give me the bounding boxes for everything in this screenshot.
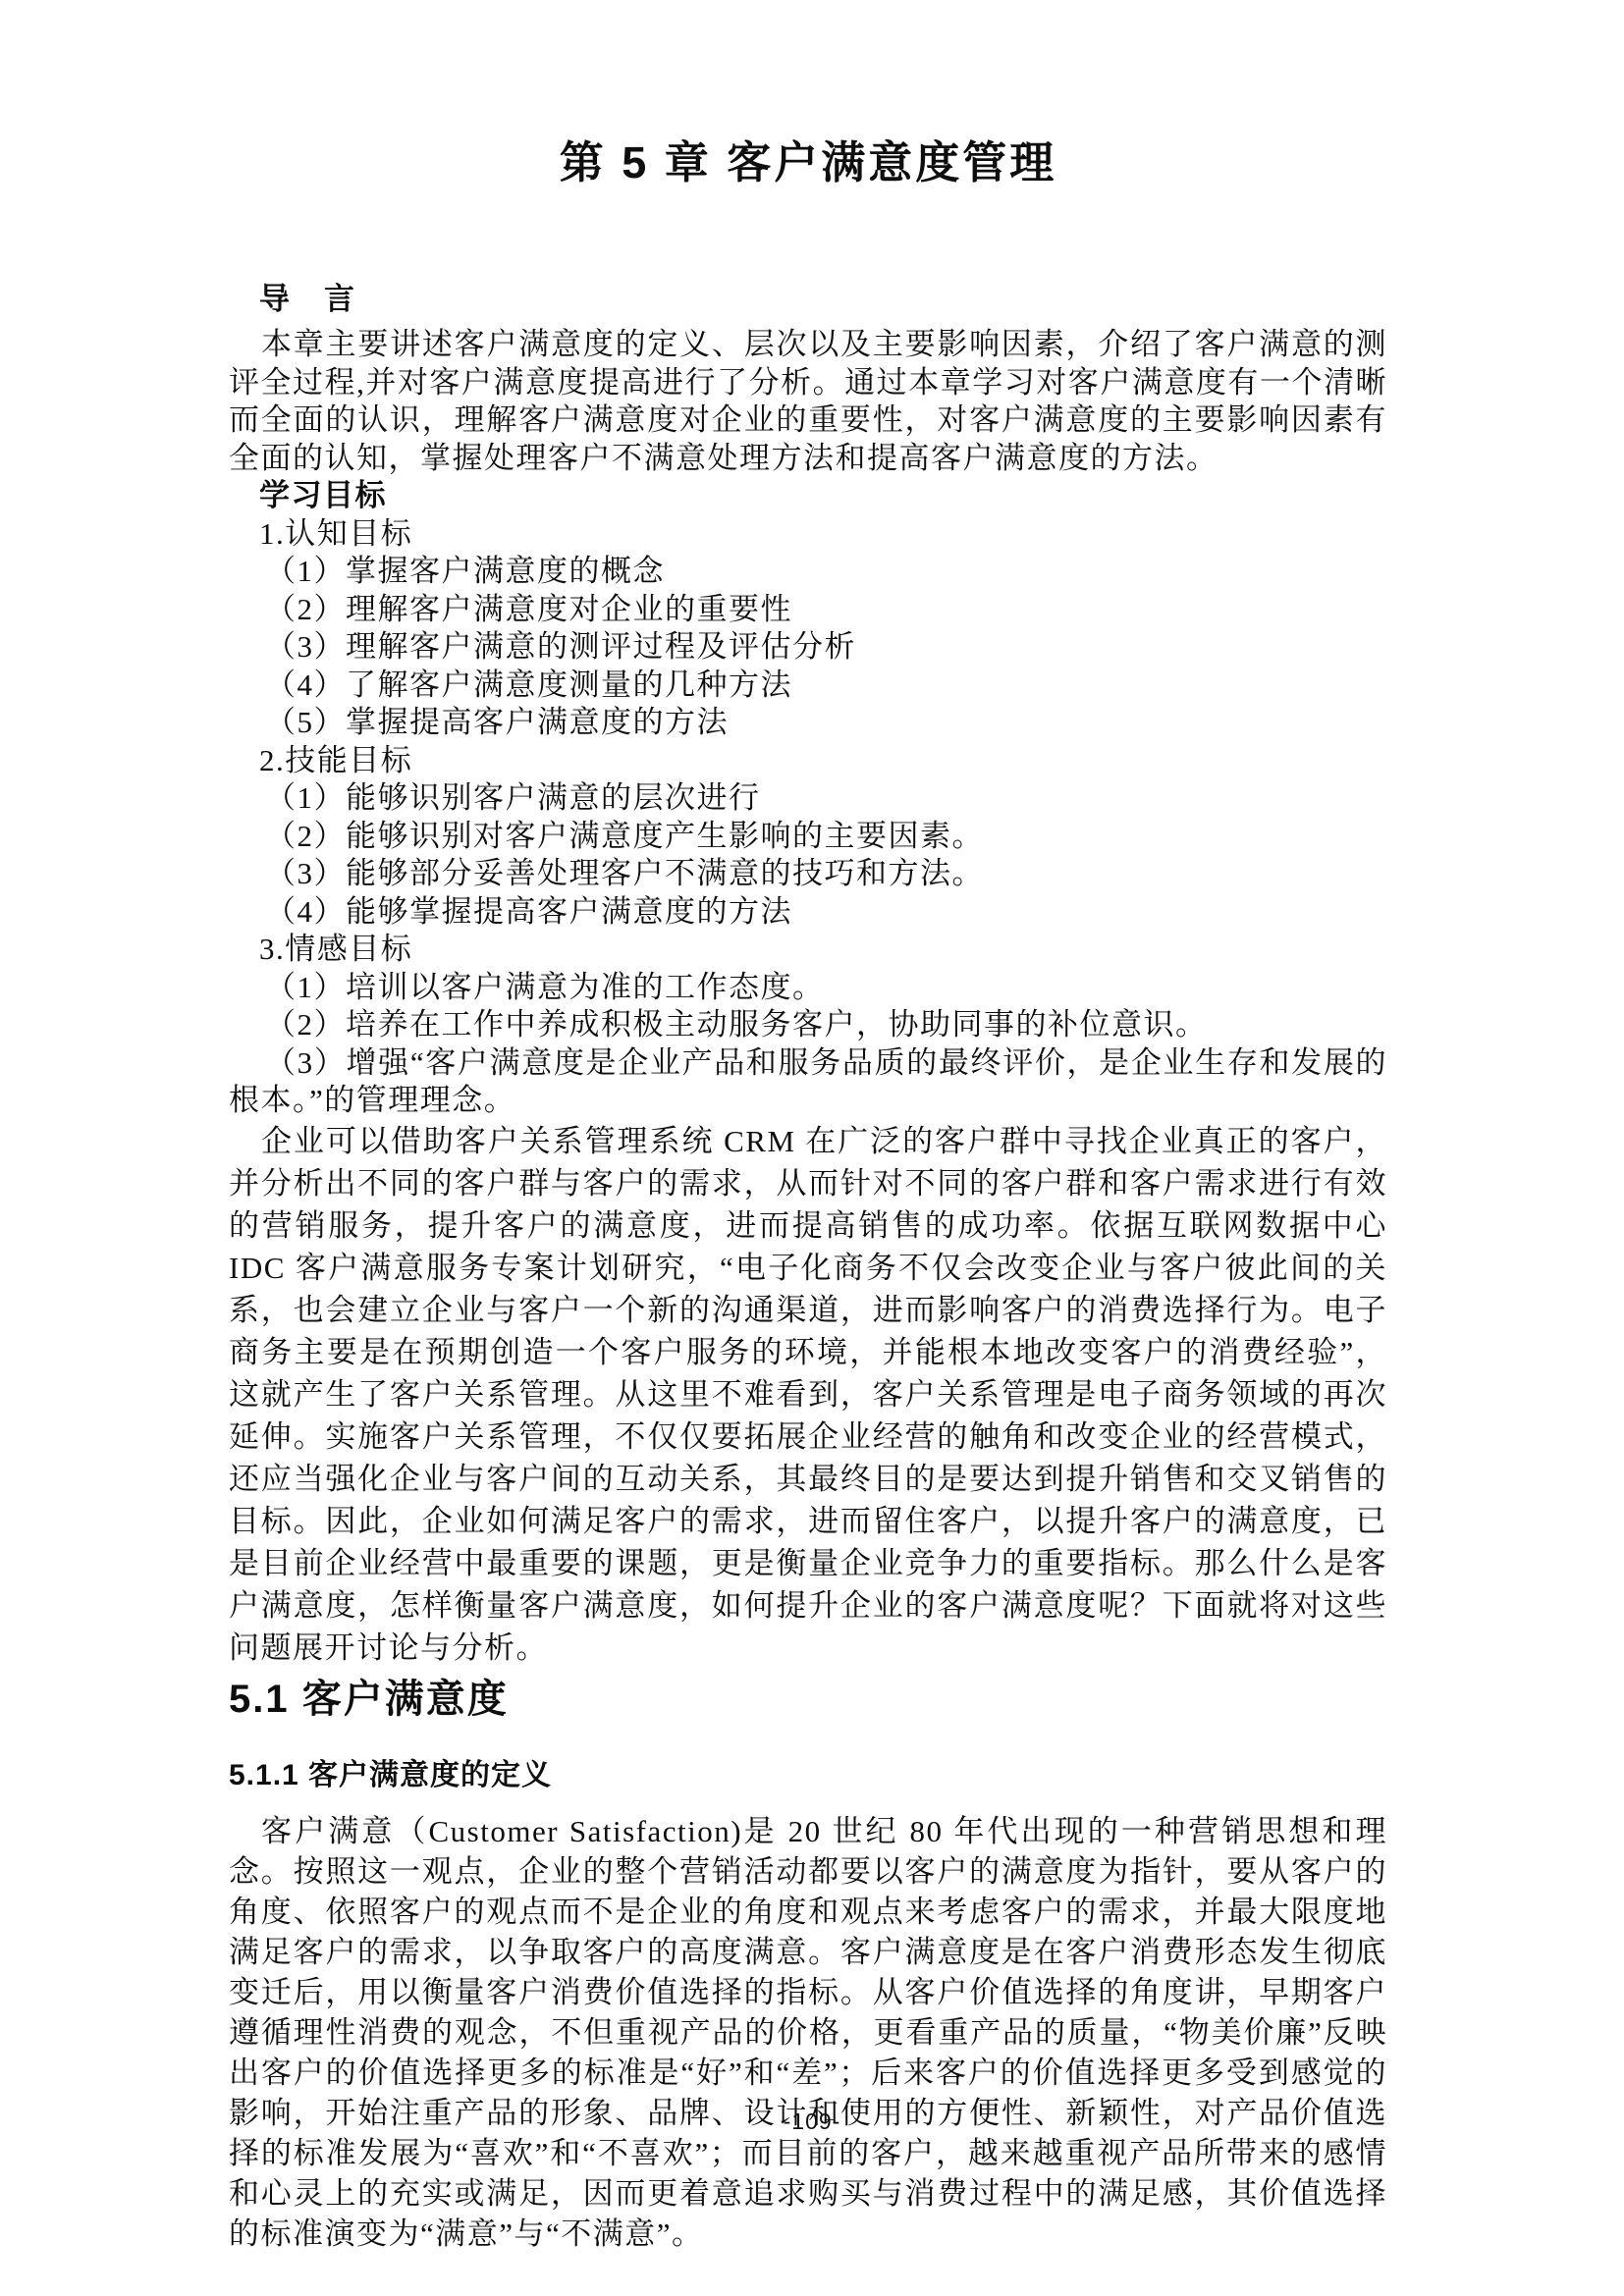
objective-item: （2）培养在工作中养成积极主动服务客户，协助同事的补位意识。 bbox=[229, 1006, 1387, 1044]
section-5-1-heading: 5.1 客户满意度 bbox=[229, 1675, 1387, 1724]
objective-item: （3）理解客户满意的测评过程及评估分析 bbox=[229, 628, 1387, 667]
objective-item: （1）掌握客户满意度的概念 bbox=[229, 553, 1387, 591]
page-number: -109- bbox=[0, 2109, 1624, 2135]
crm-paragraph: 企业可以借助客户关系管理系统 CRM 在广泛的客户群中寻找企业真正的客户，并分析… bbox=[229, 1120, 1387, 1669]
objective-item: （3）增强“客户满意度是企业产品和服务品质的最终评价，是企业生存和发展的根本。”… bbox=[229, 1044, 1387, 1120]
objectives-heading: 学习目标 bbox=[259, 477, 1387, 515]
objective-item: （1）能够识别客户满意的层次进行 bbox=[229, 779, 1387, 818]
objective-item: （1）培训以客户满意为准的工作态度。 bbox=[229, 969, 1387, 1007]
definition-paragraph: 客户满意（Customer Satisfaction)是 20 世纪 80 年代… bbox=[229, 1811, 1387, 2254]
objective-item: （2）理解客户满意度对企业的重要性 bbox=[229, 591, 1387, 629]
objective-group-title-affective: 3.情感目标 bbox=[259, 931, 1387, 969]
document-page: { "page": { "chapter_title": "第 5 章 客户满意… bbox=[0, 0, 1624, 2296]
section-5-1-1-heading: 5.1.1 客户满意度的定义 bbox=[229, 1756, 1387, 1795]
intro-paragraph: 本章主要讲述客户满意度的定义、层次以及主要影响因素，介绍了客户满意的测评全过程,… bbox=[229, 326, 1387, 477]
objective-item: （2）能够识别对客户满意度产生影响的主要因素。 bbox=[229, 818, 1387, 856]
chapter-title: 第 5 章 客户满意度管理 bbox=[229, 133, 1387, 192]
page-content: 第 5 章 客户满意度管理 导 言 本章主要讲述客户满意度的定义、层次以及主要影… bbox=[229, 0, 1387, 2254]
objective-item: （4）了解客户满意度测量的几种方法 bbox=[229, 667, 1387, 705]
intro-heading: 导 言 bbox=[259, 279, 1387, 320]
objective-item: （5）掌握提高客户满意度的方法 bbox=[229, 704, 1387, 742]
objective-group-title-skill: 2.技能目标 bbox=[259, 742, 1387, 780]
objective-item: （3）能够部分妥善处理客户不满意的技巧和方法。 bbox=[229, 855, 1387, 893]
objective-group-title-cognitive: 1.认知目标 bbox=[259, 515, 1387, 554]
objective-item: （4）能够掌握提高客户满意度的方法 bbox=[229, 893, 1387, 932]
